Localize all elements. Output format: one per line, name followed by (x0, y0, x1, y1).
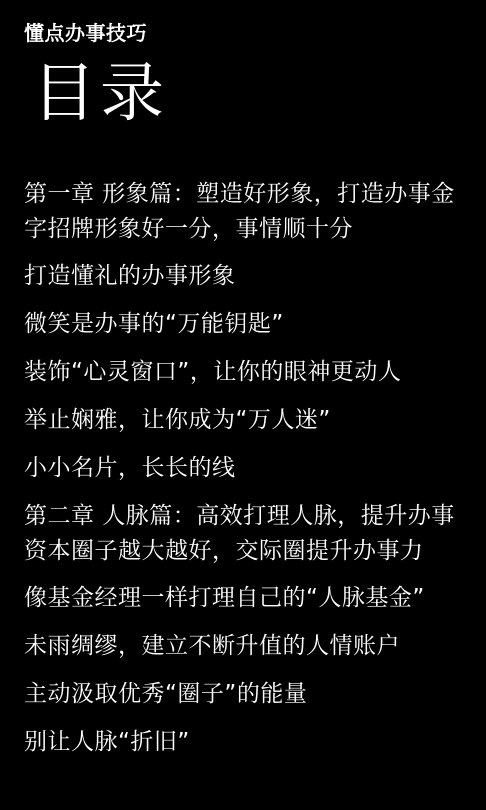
toc-item[interactable]: 小小名片，长长的线 (24, 451, 474, 486)
toc-item[interactable]: 主动汲取优秀“圈子”的能量 (24, 677, 474, 712)
toc-item[interactable]: 微笑是办事的“万能钥匙” (24, 307, 474, 342)
toc-item[interactable]: 别让人脉“折旧” (24, 725, 474, 760)
app-title: 懂点办事技巧 (24, 20, 147, 46)
toc-item[interactable]: 打造懂礼的办事形象 (24, 259, 474, 294)
toc-item[interactable]: 未雨绸缪，建立不断升值的人情账户 (24, 629, 474, 664)
table-of-contents: 第一章 形象篇：塑造好形象，打造办事金字招牌形象好一分，事情顺十分 打造懂礼的办… (24, 177, 474, 773)
toc-item[interactable]: 装饰“心灵窗口”，让你的眼神更动人 (24, 355, 474, 390)
toc-item[interactable]: 像基金经理一样打理自己的“人脉基金” (24, 581, 474, 616)
toc-chapter-1[interactable]: 第一章 形象篇：塑造好形象，打造办事金字招牌形象好一分，事情顺十分 (24, 177, 474, 247)
page-title: 目录 (32, 54, 168, 134)
toc-item[interactable]: 举止娴雅，让你成为“万人迷” (24, 403, 474, 438)
toc-chapter-2[interactable]: 第二章 人脉篇：高效打理人脉，提升办事资本圈子越大越好，交际圈提升办事力 (24, 499, 474, 569)
